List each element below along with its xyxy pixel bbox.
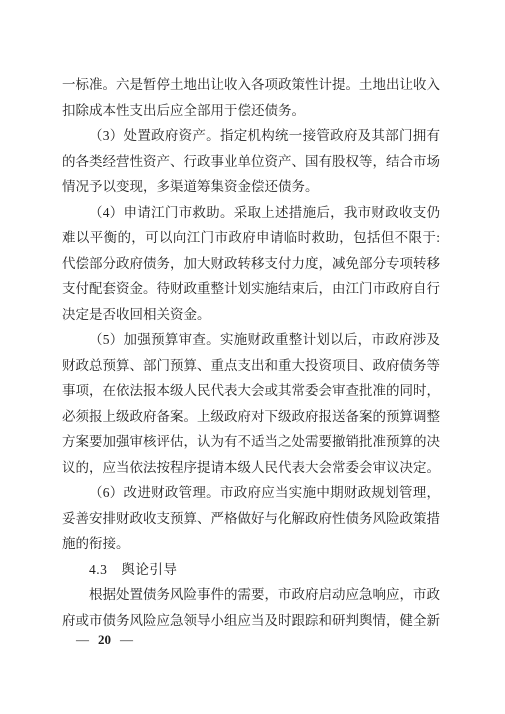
document-page: 一标准。六是暂停土地出让收入各项政策性计提。土地出让收入扣除成本性支出后应全部用… bbox=[0, 0, 505, 714]
text-line: 财政总预算、部门预算、重点支出和重大投资项目、政府债务等 bbox=[62, 353, 440, 379]
page-number-dash-left: — bbox=[76, 632, 89, 648]
text-line: 的各类经营性资产、行政事业单位资产、国有股权等，结合市场 bbox=[62, 149, 440, 175]
text-line: （6）改进财政管理。市政府应当实施中期财政规划管理， bbox=[62, 480, 440, 506]
text-line: 难以平衡的，可以向江门市政府申请临时救助，包括但不限于: bbox=[62, 225, 440, 251]
text-line: 施的衔接。 bbox=[62, 531, 440, 557]
page-number-value: 20 bbox=[98, 632, 111, 648]
text-line: 根据处置债务风险事件的需要，市政府启动应急响应，市政 bbox=[62, 582, 440, 608]
text-line: 扣除成本性支出后应全部用于偿还债务。 bbox=[62, 98, 440, 124]
text-line: 妥善安排财政收支预算、严格做好与化解政府性债务风险政策措 bbox=[62, 506, 440, 532]
text-line: （4）申请江门市救助。采取上述措施后，我市财政收支仍 bbox=[62, 200, 440, 226]
page-number: — 20 — bbox=[76, 632, 133, 648]
text-lines: 一标准。六是暂停土地出让收入各项政策性计提。土地出让收入扣除成本性支出后应全部用… bbox=[62, 72, 440, 633]
text-line: 一标准。六是暂停土地出让收入各项政策性计提。土地出让收入 bbox=[62, 72, 440, 98]
section-heading: 4.3 舆论引导 bbox=[62, 557, 440, 583]
text-line: （3）处置政府资产。指定机构统一接管政府及其部门拥有 bbox=[62, 123, 440, 149]
page-number-dash-right: — bbox=[120, 632, 133, 648]
text-line: 府或市债务风险应急领导小组应当及时跟踪和研判舆情，健全新 bbox=[62, 608, 440, 634]
text-line: （5）加强预算审查。实施财政重整计划以后，市政府涉及 bbox=[62, 327, 440, 353]
text-line: 方案要加强审核评估，认为有不适当之处需要撤销批准预算的决 bbox=[62, 429, 440, 455]
text-line: 事项，在依法报本级人民代表大会或其常委会审查批准的同时， bbox=[62, 378, 440, 404]
text-line: 决定是否收回相关资金。 bbox=[62, 302, 440, 328]
text-line: 情况予以变现，多渠道筹集资金偿还债务。 bbox=[62, 174, 440, 200]
text-line: 议的，应当依法按程序提请本级人民代表大会常委会审议决定。 bbox=[62, 455, 440, 481]
text-line: 支付配套资金。待财政重整计划实施结束后，由江门市政府自行 bbox=[62, 276, 440, 302]
text-line: 必须报上级政府备案。上级政府对下级政府报送备案的预算调整 bbox=[62, 404, 440, 430]
text-line: 代偿部分政府债务，加大财政转移支付力度，减免部分专项转移 bbox=[62, 251, 440, 277]
